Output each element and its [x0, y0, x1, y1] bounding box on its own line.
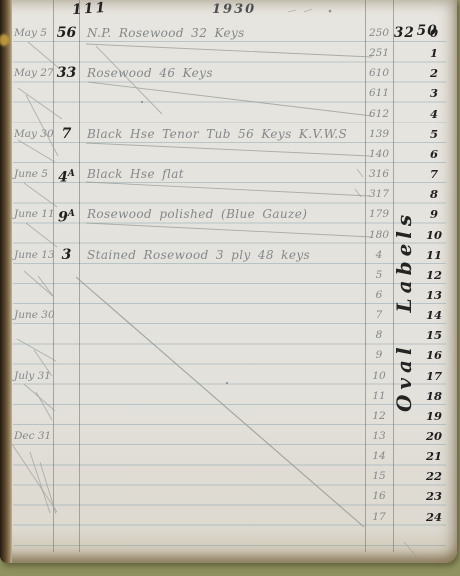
pencil-underlines: [86, 44, 372, 237]
pencil-tick-marks: [288, 9, 417, 557]
pencil-fan-strokes: [12, 42, 162, 514]
ledger-scan: 111 1930 May 556N.P. Rosewood 32 Keys250…: [0, 0, 460, 576]
pencil-dots: [141, 10, 331, 384]
ledger-page: 111 1930 May 556N.P. Rosewood 32 Keys250…: [0, 0, 457, 563]
pencil-cancellation-diagonal: [76, 277, 364, 527]
pencil-marks-overlay: [0, 0, 460, 576]
